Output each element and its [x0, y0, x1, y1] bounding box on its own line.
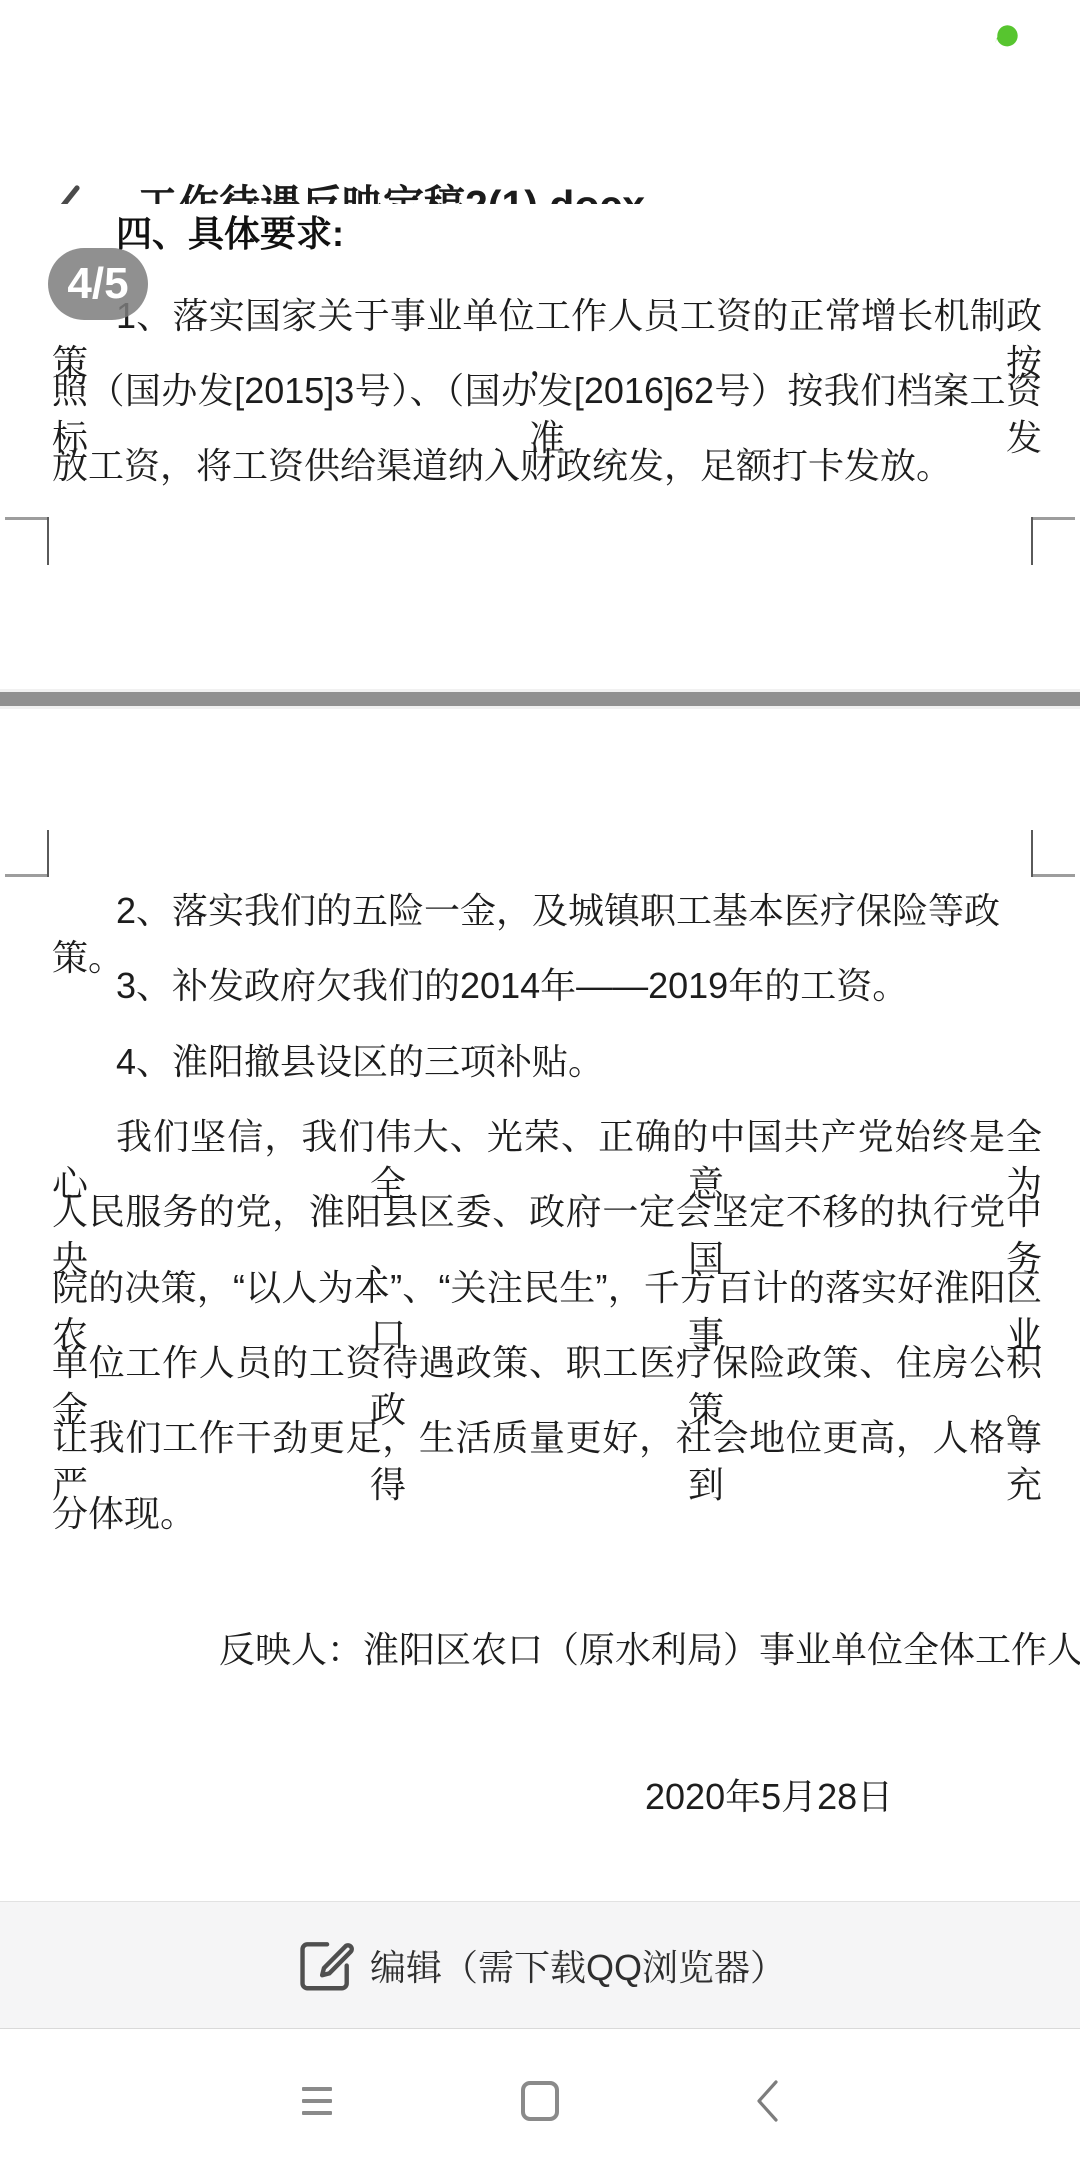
doc-signature: 反映人：淮阳区农口（原水利局）事业单位全体工作人员 — [219, 1626, 1080, 1673]
doc-date: 2020年5月28日 — [645, 1773, 893, 1820]
doc-line: 照（国办发[2015]3号）、（国办发[2016]62号）按我们档案工资标准发 — [52, 367, 1042, 414]
doc-line: 2、落实我们的五险一金，及城镇职工基本医疗保险等政策。 — [52, 887, 1042, 934]
edit-toolbar[interactable]: 编辑（需下载QQ浏览器） — [0, 1901, 1080, 2029]
messenger-bubble-icon — [994, 24, 1018, 48]
doc-heading: 四、具体要求: — [52, 210, 1042, 257]
doc-line: 让我们工作干劲更足，生活质量更好，社会地位更高，人格尊严得到充 — [52, 1414, 1042, 1461]
recents-icon — [302, 2087, 332, 2115]
page-corner-mark — [5, 830, 49, 877]
doc-line: 院的决策，“以人为本”、“关注民生”，千方百计的落实好淮阳区农口事业 — [52, 1264, 1042, 1311]
doc-line: 放工资，将工资供给渠道纳入财政统发，足额打卡发放。 — [52, 442, 1042, 489]
nav-back-icon — [754, 2079, 780, 2123]
doc-line: 分体现。 — [52, 1490, 1042, 1537]
status-bar — [0, 0, 1080, 80]
nav-recents-button[interactable] — [272, 2056, 362, 2146]
page-indicator-badge: 4/5 — [48, 248, 148, 320]
page-corner-mark — [1031, 517, 1075, 565]
file-viewer-header: 工作待遇反映定稿2(1).docx QQ浏览器文件服务 — [0, 80, 1080, 204]
doc-line: 人民服务的党，淮阳县区委、政府一定会坚定不移的执行党中央、国务 — [52, 1188, 1042, 1235]
page-divider-bar — [0, 692, 1080, 706]
android-nav-bar — [0, 2030, 1080, 2160]
home-icon — [521, 2081, 559, 2121]
nav-back-button[interactable] — [722, 2056, 812, 2146]
nav-home-button[interactable] — [495, 2056, 585, 2146]
phone-screen: 工作待遇反映定稿2(1).docx QQ浏览器文件服务 4/5 四、具体要求: … — [0, 0, 1080, 2160]
edit-pencil-icon — [294, 1934, 356, 1996]
doc-line: 3、补发政府欠我们的2014年——2019年的工资。 — [52, 962, 1042, 1009]
page-corner-mark — [1031, 830, 1075, 877]
doc-line: 1、落实国家关于事业单位工作人员工资的正常增长机制政策，按 — [52, 292, 1042, 339]
page-corner-mark — [5, 517, 49, 565]
doc-line: 我们坚信，我们伟大、光荣、正确的中国共产党始终是全心全意为 — [52, 1113, 1042, 1160]
edit-button-label: 编辑（需下载QQ浏览器） — [370, 1940, 786, 1991]
doc-line: 单位工作人员的工资待遇政策、职工医疗保险政策、住房公积金政策。 — [52, 1339, 1042, 1386]
doc-line: 4、淮阳撤县设区的三项补贴。 — [52, 1038, 1042, 1085]
document-viewport[interactable]: 4/5 四、具体要求: 1、落实国家关于事业单位工作人员工资的正常增长机制政策，… — [0, 204, 1080, 1901]
